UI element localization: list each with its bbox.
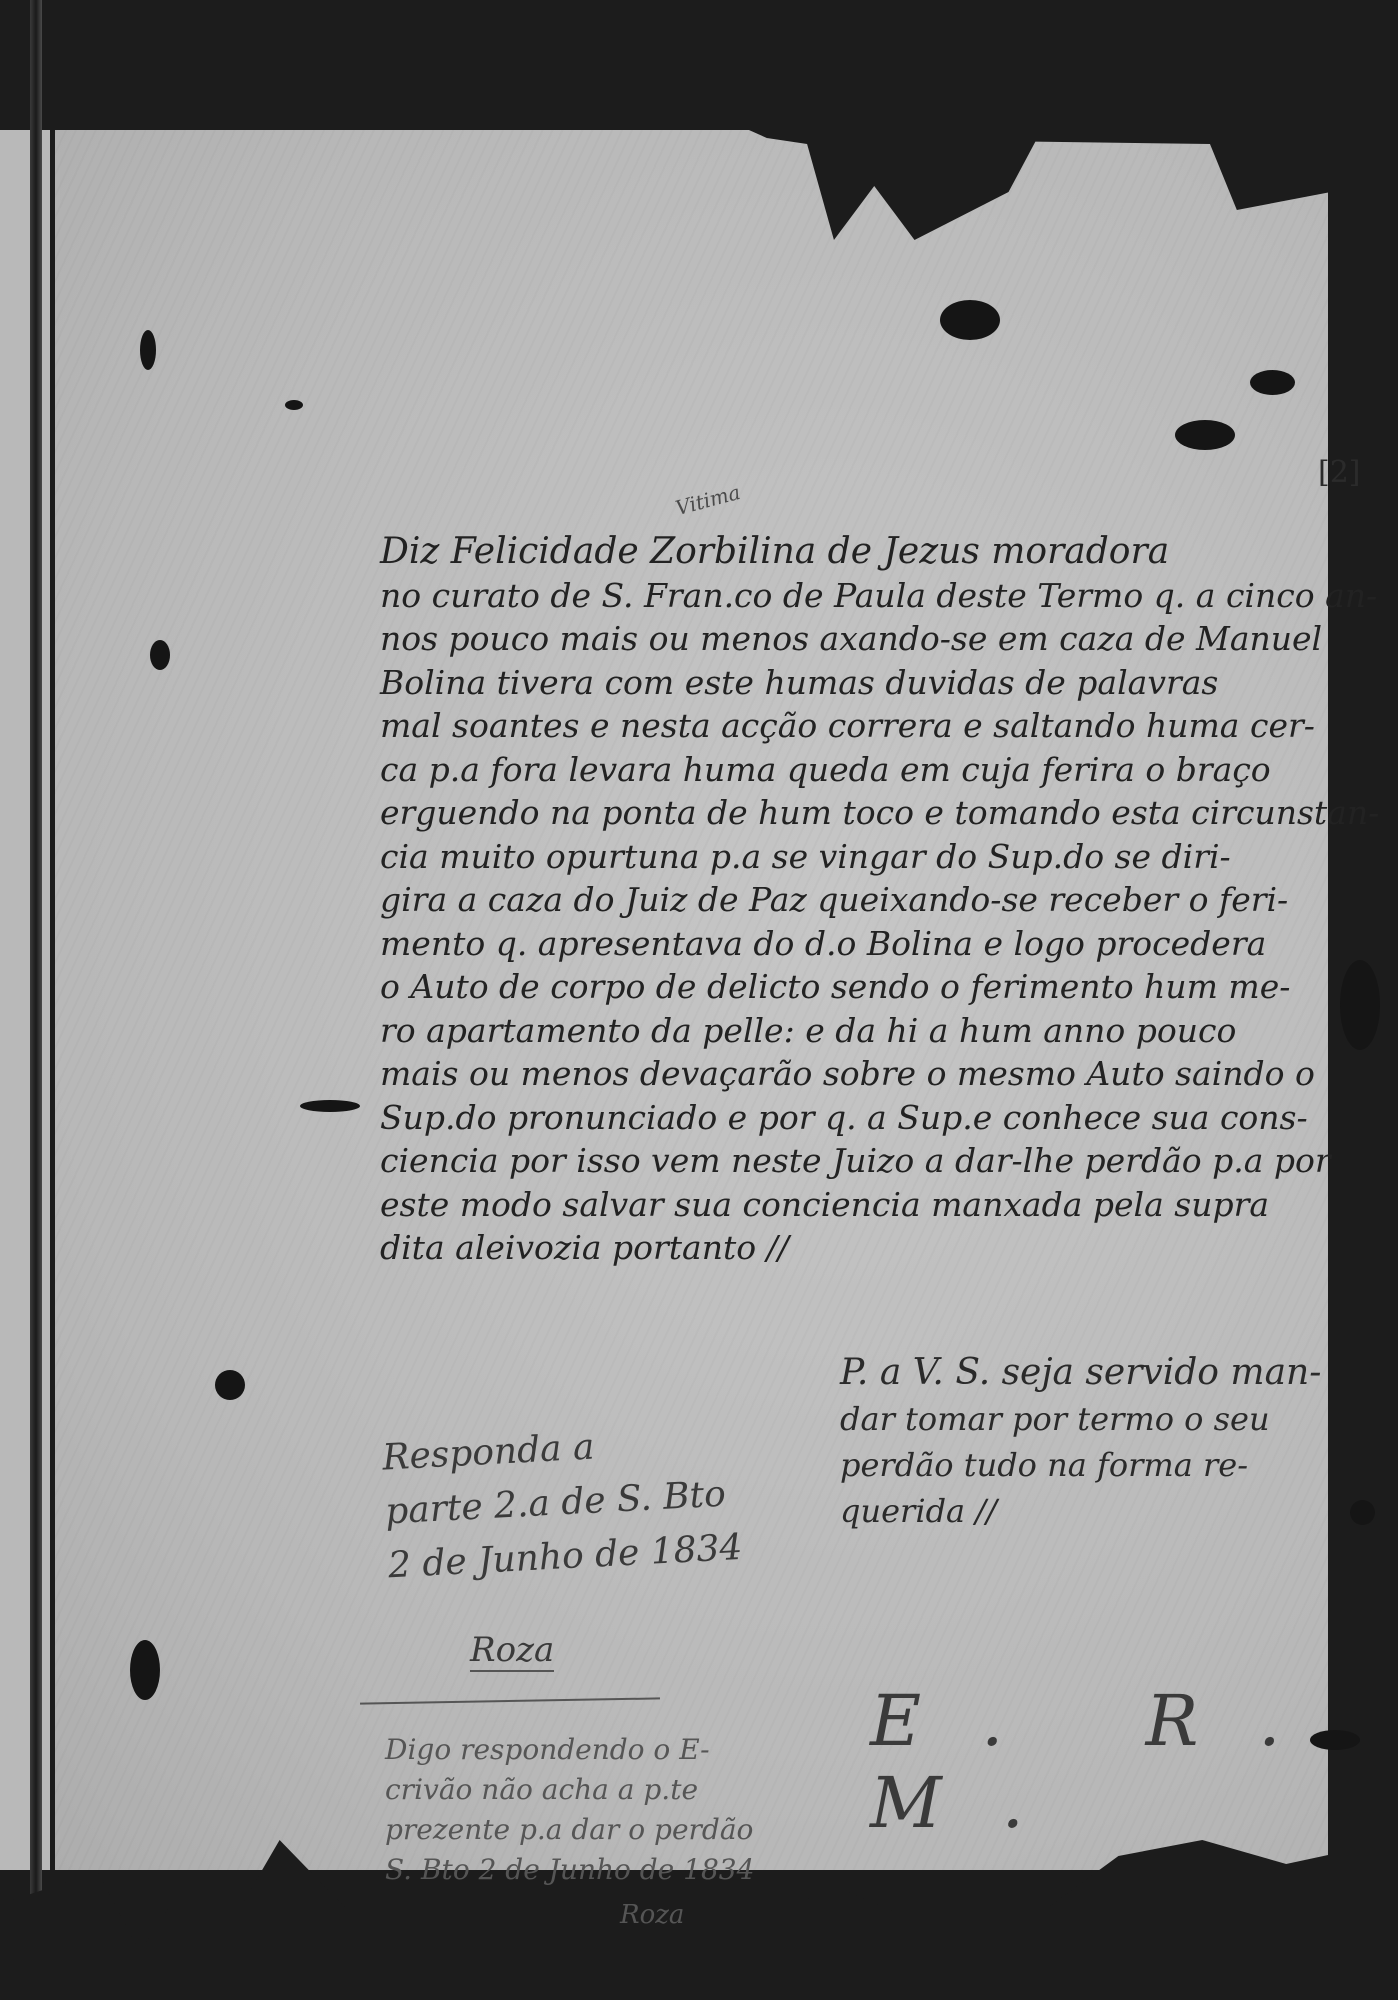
body-line: ciencia por isso vem neste Juizo a dar-l… [380,1139,1380,1183]
body-line: erguendo na ponta de hum toco e tomando … [380,791,1380,835]
body-line: nos pouco mais ou menos axando-se em caz… [380,617,1380,661]
note-line: prezente p.a dar o perdão [385,1810,945,1850]
closing-formula: E. R. M. [870,1680,1398,1844]
clerk-signature: Roza [620,1900,684,1930]
closing-line: dar tomar por termo o seu [840,1396,1380,1442]
ink-blot [940,300,1000,340]
ink-blot [1175,420,1235,450]
body-line: mal soantes e nesta acção correra e salt… [380,704,1380,748]
dispatch-signature: Roza [470,1630,554,1672]
previous-page-edge [0,130,50,1870]
closing-request: P. a V. S. seja servido man- dar tomar p… [840,1350,1380,1534]
page-number: [2] [1318,455,1361,490]
body-line: dita aleivozia portanto // [380,1226,1380,1270]
body-line: Diz Felicidade Zorbilina de Jezus morado… [380,530,1380,574]
clerk-note: Digo respondendo o E- crivão não acha a … [385,1730,945,1890]
note-line: Digo respondendo o E- [385,1730,945,1770]
body-line: no curato de S. Fran.co de Paula deste T… [380,574,1380,618]
ink-blot [150,640,170,670]
body-line: o Auto de corpo de delicto sendo o ferim… [380,965,1380,1009]
closing-line: P. a V. S. seja servido man- [840,1350,1380,1396]
ink-blot [300,1100,360,1112]
body-line: cia muito opurtuna p.a se vingar do Sup.… [380,835,1380,879]
binding-crease [30,0,42,2000]
note-line: crivão não acha a p.te [385,1770,945,1810]
petition-body: Diz Felicidade Zorbilina de Jezus morado… [380,530,1380,1270]
body-line: este modo salvar sua conciencia manxada … [380,1183,1380,1227]
body-line: Sup.do pronunciado e por q. a Sup.e conh… [380,1096,1380,1140]
closing-line: querida // [840,1488,1380,1534]
body-line: mento q. apresentava do d.o Bolina e log… [380,922,1380,966]
body-line: gira a caza do Juiz de Paz queixando-se … [380,878,1380,922]
note-line: S. Bto 2 de Junho de 1834 [385,1850,945,1890]
ink-blot [215,1370,245,1400]
closing-line: perdão tudo na forma re- [840,1442,1380,1488]
ink-blot [285,400,303,410]
body-line: ca p.a fora levara huma queda em cuja fe… [380,748,1380,792]
ink-blot [130,1640,160,1700]
judge-dispatch: Responda a parte 2.a de S. Bto 2 de Junh… [381,1409,829,1594]
body-line: ro apartamento da pelle: e da hi a hum a… [380,1009,1380,1053]
ink-blot [1250,370,1295,395]
ink-blot [140,330,156,370]
body-line: Bolina tivera com este humas duvidas de … [380,661,1380,705]
body-line: mais ou menos devaçarão sobre o mesmo Au… [380,1052,1380,1096]
